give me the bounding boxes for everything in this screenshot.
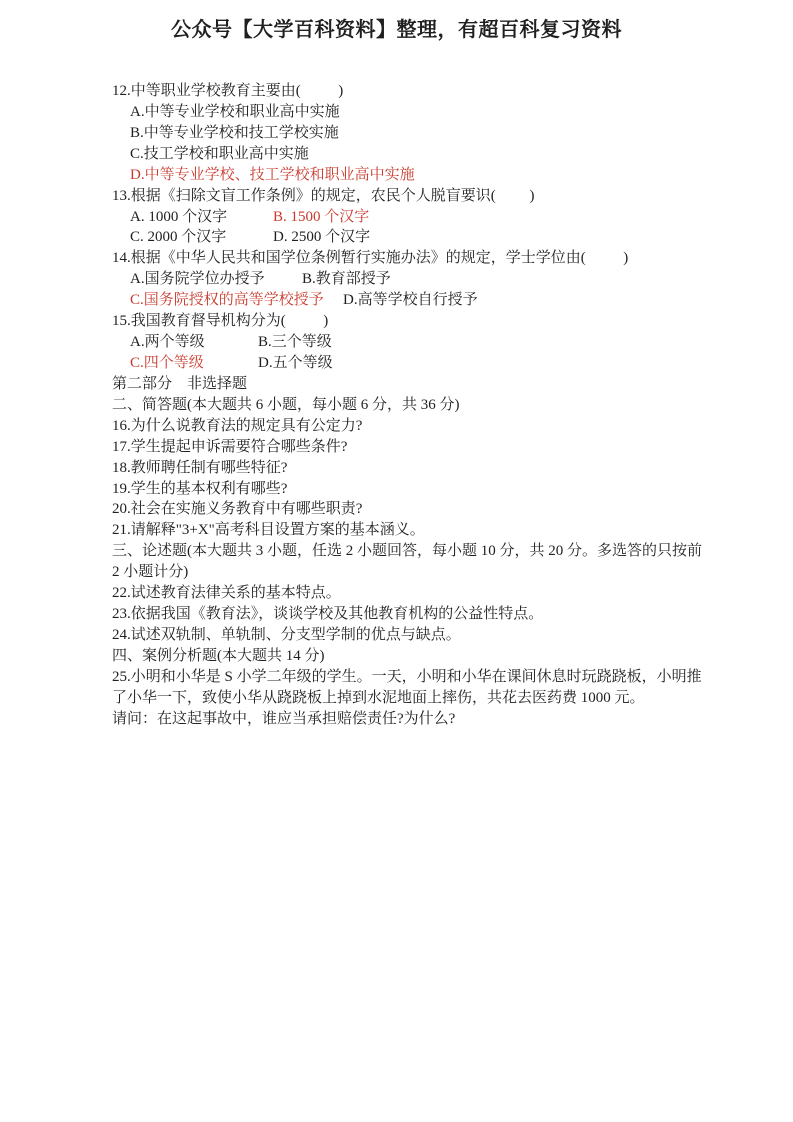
text-segment: 请问：在这起事故中，谁应当承担赔偿责任?为什么? [112, 709, 455, 730]
question-20: 20.社会在实施义务教育中有哪些职责? [112, 499, 752, 520]
text-segment: C. 2000 个汉字 [130, 227, 273, 248]
text-segment: 第二部分 非选择题 [112, 374, 247, 395]
question-12-option-a: A.中等专业学校和职业高中实施 [112, 102, 752, 123]
text-segment: 18.教师聘任制有哪些特征? [112, 458, 287, 479]
page-title: 公众号【大学百科资料】整理，有超百科复习资料 [0, 13, 793, 42]
text-segment: A.两个等级 [130, 332, 258, 353]
question-14: 14.根据《中华人民共和国学位条例暂行实施办法》的规定，学士学位由( ) [112, 248, 752, 269]
question-13-options-cd: C. 2000 个汉字D. 2500 个汉字 [112, 227, 752, 248]
question-14-options-ab: A.国务院学位办授予B.教育部授予 [112, 269, 752, 290]
question-25-line-2: 了小华一下，致使小华从跷跷板上掉到水泥地面上摔伤，共花去医药费 1000 元。 [112, 688, 752, 709]
section-brief-answer-header: 二、简答题(本大题共 6 小题，每小题 6 分，共 36 分) [112, 395, 752, 416]
text-segment: 23.依据我国《教育法》，谈谈学校及其他教育机构的公益性特点。 [112, 604, 543, 625]
text-segment: B.教育部授予 [302, 269, 391, 290]
text-segment: 13.根据《扫除文盲工作条例》的规定，农民个人脱盲要识( ) [112, 186, 535, 207]
question-13: 13.根据《扫除文盲工作条例》的规定，农民个人脱盲要识( ) [112, 186, 752, 207]
text-segment: 17.学生提起申诉需要符合哪些条件? [112, 437, 347, 458]
question-17: 17.学生提起申诉需要符合哪些条件? [112, 437, 752, 458]
text-segment: A. 1000 个汉字 [130, 207, 273, 228]
question-25-line-1: 25.小明和小华是 S 小学二年级的学生。一天，小明和小华在课间休息时玩跷跷板，… [112, 667, 752, 688]
text-segment: 14.根据《中华人民共和国学位条例暂行实施办法》的规定，学士学位由( ) [112, 248, 628, 269]
answer-highlight-text: B. 1500 个汉字 [273, 207, 369, 228]
text-segment: 四、案例分析题(本大题共 14 分) [112, 646, 325, 667]
text-segment: 25.小明和小华是 S 小学二年级的学生。一天，小明和小华在课间休息时玩跷跷板，… [112, 667, 702, 688]
question-15: 15.我国教育督导机构分为( ) [112, 311, 752, 332]
question-23: 23.依据我国《教育法》，谈谈学校及其他教育机构的公益性特点。 [112, 604, 752, 625]
section-essay-header: 三、论述题(本大题共 3 小题，任选 2 小题回答，每小题 10 分，共 20 … [112, 541, 752, 562]
text-segment: A.国务院学位办授予 [130, 269, 302, 290]
question-12-option-b: B.中等专业学校和技工学校实施 [112, 123, 752, 144]
text-segment: 2 小题计分) [112, 562, 188, 583]
text-segment: 24.试述双轨制、单轨制、分支型学制的优点与缺点。 [112, 625, 461, 646]
question-15-options-cd: C.四个等级D.五个等级 [112, 353, 752, 374]
section-case-analysis-header: 四、案例分析题(本大题共 14 分) [112, 646, 752, 667]
text-segment: B.中等专业学校和技工学校实施 [130, 123, 339, 144]
text-segment: 16.为什么说教育法的规定具有公定力? [112, 416, 362, 437]
question-22: 22.试述教育法律关系的基本特点。 [112, 583, 752, 604]
exam-document-page: 公众号【大学百科资料】整理，有超百科复习资料 12.中等职业学校教育主要由( )… [0, 0, 793, 1122]
text-segment: 21.请解释"3+X"高考科目设置方案的基本涵义。 [112, 520, 425, 541]
question-18: 18.教师聘任制有哪些特征? [112, 458, 752, 479]
answer-highlight-text: C.四个等级 [130, 353, 258, 374]
question-16: 16.为什么说教育法的规定具有公定力? [112, 416, 752, 437]
question-12-option-c: C.技工学校和职业高中实施 [112, 144, 752, 165]
answer-highlight-text: D.中等专业学校、技工学校和职业高中实施 [130, 165, 415, 186]
section-essay-header-cont: 2 小题计分) [112, 562, 752, 583]
text-segment: D.高等学校自行授予 [343, 290, 478, 311]
text-segment: 22.试述教育法律关系的基本特点。 [112, 583, 341, 604]
question-15-options-ab: A.两个等级B.三个等级 [112, 332, 752, 353]
text-segment: C.技工学校和职业高中实施 [130, 144, 309, 165]
text-segment: 三、论述题(本大题共 3 小题，任选 2 小题回答，每小题 10 分，共 20 … [112, 541, 702, 562]
question-12: 12.中等职业学校教育主要由( ) [112, 81, 752, 102]
section-part-2-header: 第二部分 非选择题 [112, 374, 752, 395]
question-12-option-d: D.中等专业学校、技工学校和职业高中实施 [112, 165, 752, 186]
question-25-line-3: 请问：在这起事故中，谁应当承担赔偿责任?为什么? [112, 709, 752, 730]
question-24: 24.试述双轨制、单轨制、分支型学制的优点与缺点。 [112, 625, 752, 646]
text-segment: 15.我国教育督导机构分为( ) [112, 311, 328, 332]
question-14-options-cd: C.国务院授权的高等学校授予D.高等学校自行授予 [112, 290, 752, 311]
text-segment: 了小华一下，致使小华从跷跷板上掉到水泥地面上摔伤，共花去医药费 1000 元。 [112, 688, 645, 709]
question-19: 19.学生的基本权利有哪些? [112, 479, 752, 500]
text-segment: D.五个等级 [258, 353, 333, 374]
question-21: 21.请解释"3+X"高考科目设置方案的基本涵义。 [112, 520, 752, 541]
text-segment: 12.中等职业学校教育主要由( ) [112, 81, 343, 102]
text-segment: A.中等专业学校和职业高中实施 [130, 102, 340, 123]
text-segment: 19.学生的基本权利有哪些? [112, 479, 287, 500]
text-segment: D. 2500 个汉字 [273, 227, 370, 248]
text-segment: 20.社会在实施义务教育中有哪些职责? [112, 499, 362, 520]
answer-highlight-text: C.国务院授权的高等学校授予 [130, 290, 343, 311]
exam-body: 12.中等职业学校教育主要由( )A.中等专业学校和职业高中实施B.中等专业学校… [112, 81, 752, 730]
text-segment: B.三个等级 [258, 332, 332, 353]
question-13-options-ab: A. 1000 个汉字B. 1500 个汉字 [112, 207, 752, 228]
text-segment: 二、简答题(本大题共 6 小题，每小题 6 分，共 36 分) [112, 395, 460, 416]
